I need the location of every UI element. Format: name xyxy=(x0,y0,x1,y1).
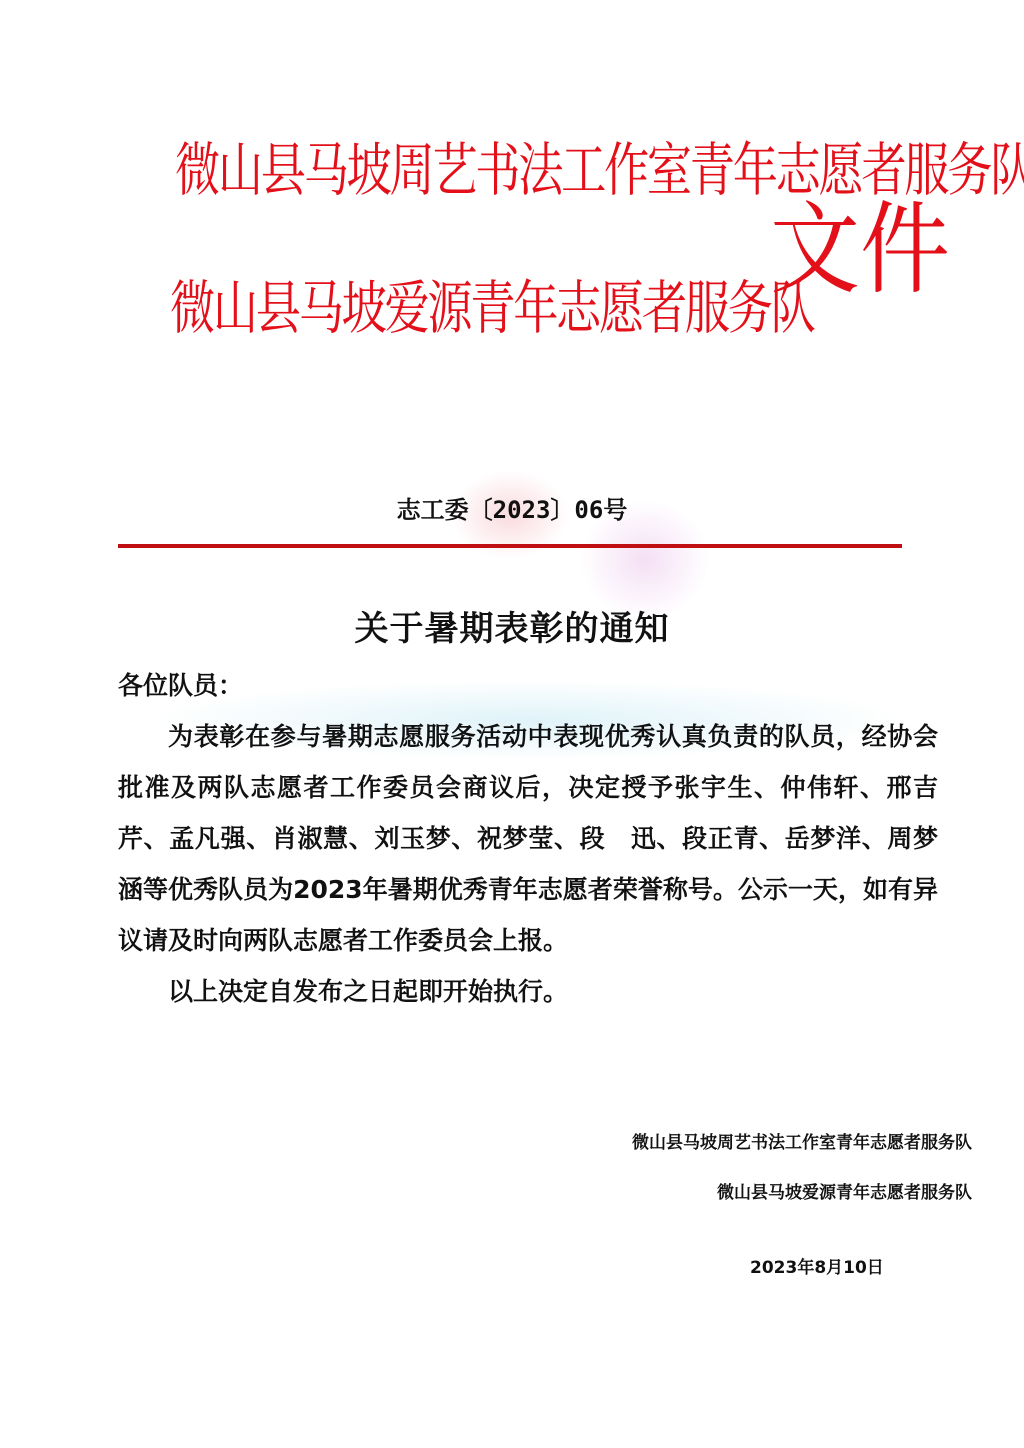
salutation: 各位队员： xyxy=(118,660,938,711)
header-org-2: 微山县马坡爱源青年志愿者服务队 xyxy=(170,275,814,341)
document-number: 志工委〔2023〕06号 xyxy=(0,490,1024,525)
signature-org-1: 微山县马坡周艺书法工作室青年志愿者服务队 xyxy=(632,1128,972,1153)
notice-title: 关于暑期表彰的通知 xyxy=(0,601,1024,650)
body-paragraph: 以上决定自发布之日起即开始执行。 xyxy=(118,966,938,1017)
signature-date: 2023年8月10日 xyxy=(750,1253,884,1278)
red-separator-line xyxy=(118,544,902,548)
document-header: 微山县马坡周艺书法工作室青年志愿者服务队 微山县马坡爱源青年志愿者服务队 文件 xyxy=(170,125,910,395)
notice-body: 各位队员： 为表彰在参与暑期志愿服务活动中表现优秀认真负责的队员，经协会批准及两… xyxy=(118,660,938,1017)
body-paragraph: 为表彰在参与暑期志愿服务活动中表现优秀认真负责的队员，经协会批准及两队志愿者工作… xyxy=(118,711,938,966)
signature-org-2: 微山县马坡爱源青年志愿者服务队 xyxy=(717,1178,972,1203)
header-document-label: 文件 xyxy=(770,195,950,305)
